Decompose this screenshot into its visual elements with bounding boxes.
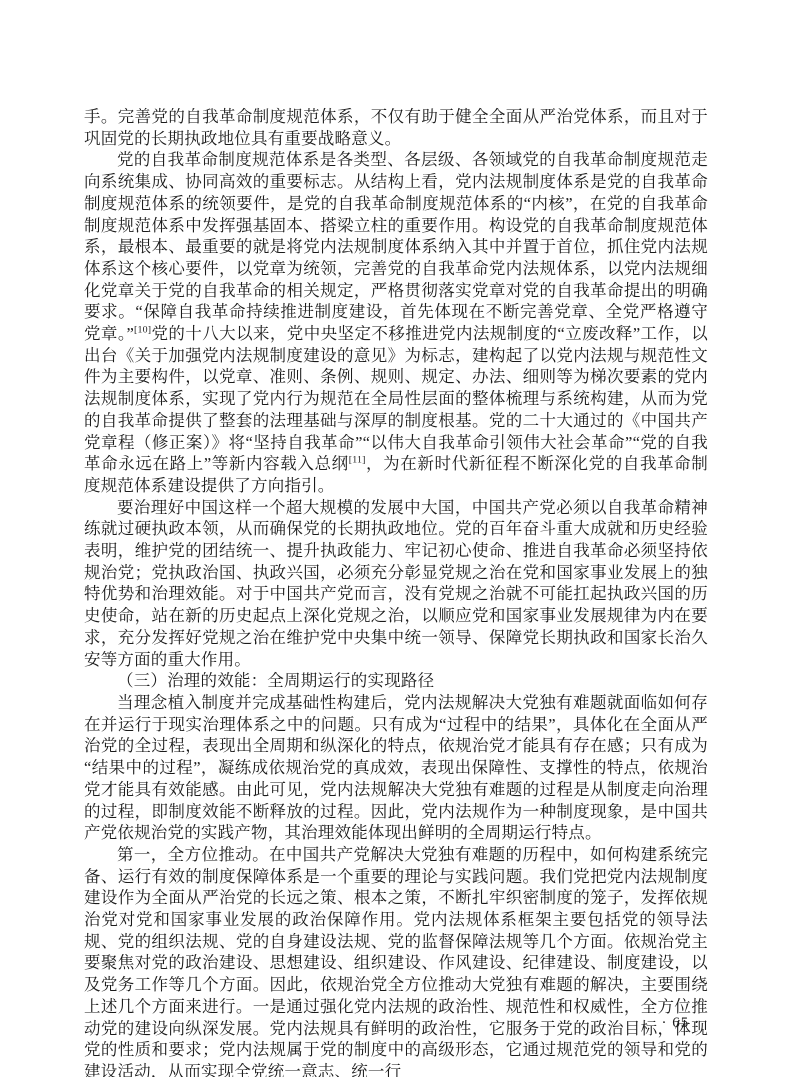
paragraph: 要治理好中国这样一个超大规模的发展中大国，中国共产党必须以自我革命精神练就过硬执…: [84, 497, 708, 671]
paragraph: 党的自我革命制度规范体系是各类型、各层级、各领域党的自我革命制度规范走向系统集成…: [84, 149, 708, 496]
page-number: · 65 ·: [662, 1015, 701, 1032]
paragraph: 当理念植入制度并完成基础性构建后，党内法规解决大党独有难题就面临如何存在并运行于…: [84, 692, 708, 844]
paragraph: 手。完善党的自我革命制度规范体系，不仅有助于健全全面从严治党体系，而且对于巩固党…: [84, 106, 708, 149]
document-page: 手。完善党的自我革命制度规范体系，不仅有助于健全全面从严治党体系，而且对于巩固党…: [0, 0, 793, 1077]
footnote-ref: [11]: [349, 455, 366, 466]
section-heading: （三）治理的效能：全周期运行的实现路径: [84, 670, 708, 692]
paragraph: 第一，全方位推动。在中国共产党解决大党独有难题的历程中，如何构建系统完备、运行有…: [84, 844, 708, 1077]
article-body: 手。完善党的自我革命制度规范体系，不仅有助于健全全面从严治党体系，而且对于巩固党…: [84, 106, 708, 1077]
footnote-ref: [10]: [134, 325, 151, 336]
